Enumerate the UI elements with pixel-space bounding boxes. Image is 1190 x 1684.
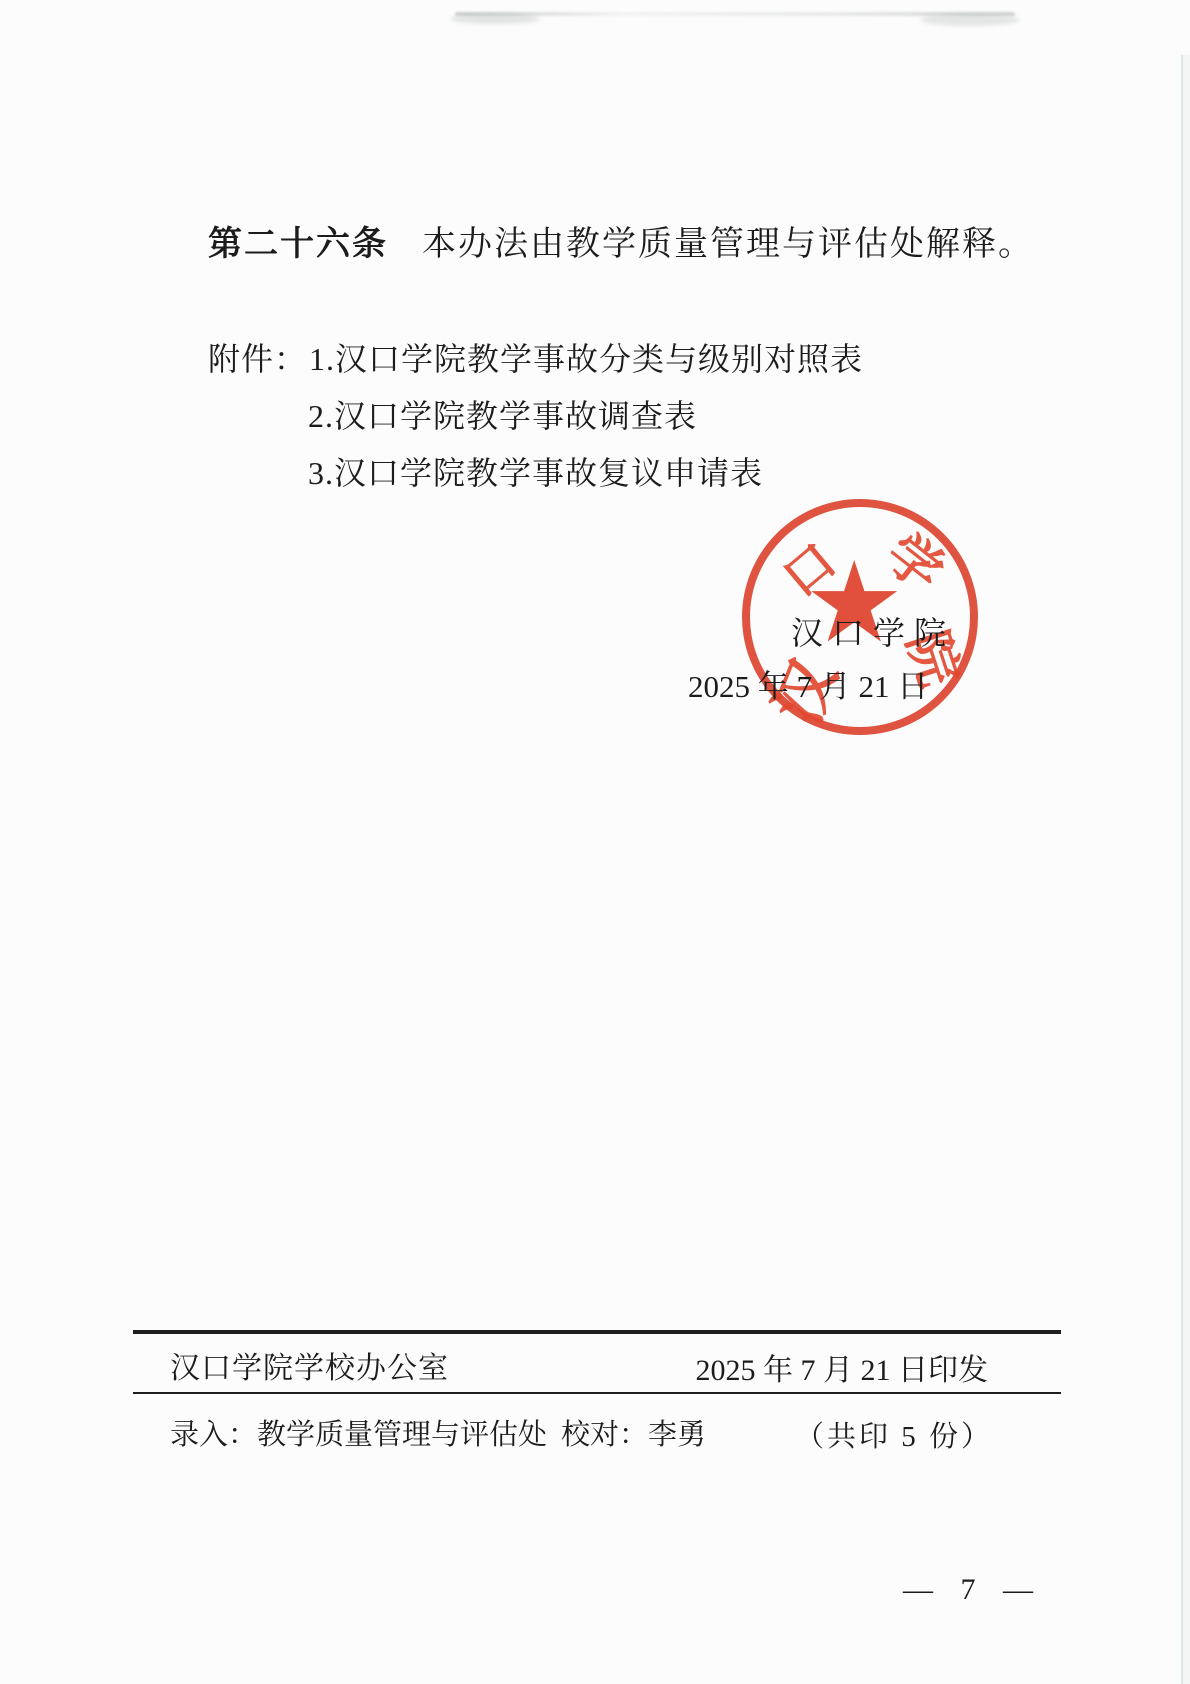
footer-print-date: 2025 年 7 月 21 日印发 xyxy=(696,1352,989,1390)
scan-edge-artifact xyxy=(1181,55,1190,1684)
article-heading: 第二十六条本办法由教学质量管理与评估处解释。 xyxy=(208,224,1034,266)
attachment-item: 1.汉口学院教学事故分类与级别对照表 xyxy=(309,341,863,377)
attachments-line-1: 附件：1.汉口学院教学事故分类与级别对照表 xyxy=(208,339,863,379)
attachment-item: 3.汉口学院教学事故复议申请表 xyxy=(308,455,763,491)
footer-entry: 录入：教学质量管理与评估处 xyxy=(170,1419,547,1451)
signature-org: 汉口学院 xyxy=(791,614,955,652)
article-text: 本办法由教学质量管理与评估处解释。 xyxy=(422,226,1034,263)
signature-date: 2025 年 7 月 21 日 xyxy=(688,668,928,706)
scan-smudge-blob xyxy=(920,14,1020,26)
footer-proofread: 校对：李勇 xyxy=(561,1419,706,1451)
article-number: 第二十六条 xyxy=(208,226,388,263)
attachments-line-3: 3.汉口学院教学事故复议申请表 xyxy=(308,453,763,493)
footer-entry-row: 录入：教学质量管理与评估处校对：李勇 xyxy=(170,1416,706,1454)
footer-office: 汉口学院学校办公室 xyxy=(170,1350,449,1388)
footer-copies: （共印 5 份） xyxy=(795,1418,993,1456)
attachment-item: 2.汉口学院教学事故调查表 xyxy=(308,398,697,434)
document-page: 第二十六条本办法由教学质量管理与评估处解释。 附件：1.汉口学院教学事故分类与级… xyxy=(0,0,1190,1684)
attachments-label: 附件： xyxy=(208,341,307,377)
attachments-line-2: 2.汉口学院教学事故调查表 xyxy=(308,396,697,436)
scan-smudge-blob xyxy=(450,14,540,24)
footer-rule-thick xyxy=(133,1330,1061,1334)
page-number: — 7 — xyxy=(903,1572,1043,1608)
footer-rule-thin xyxy=(133,1392,1061,1394)
